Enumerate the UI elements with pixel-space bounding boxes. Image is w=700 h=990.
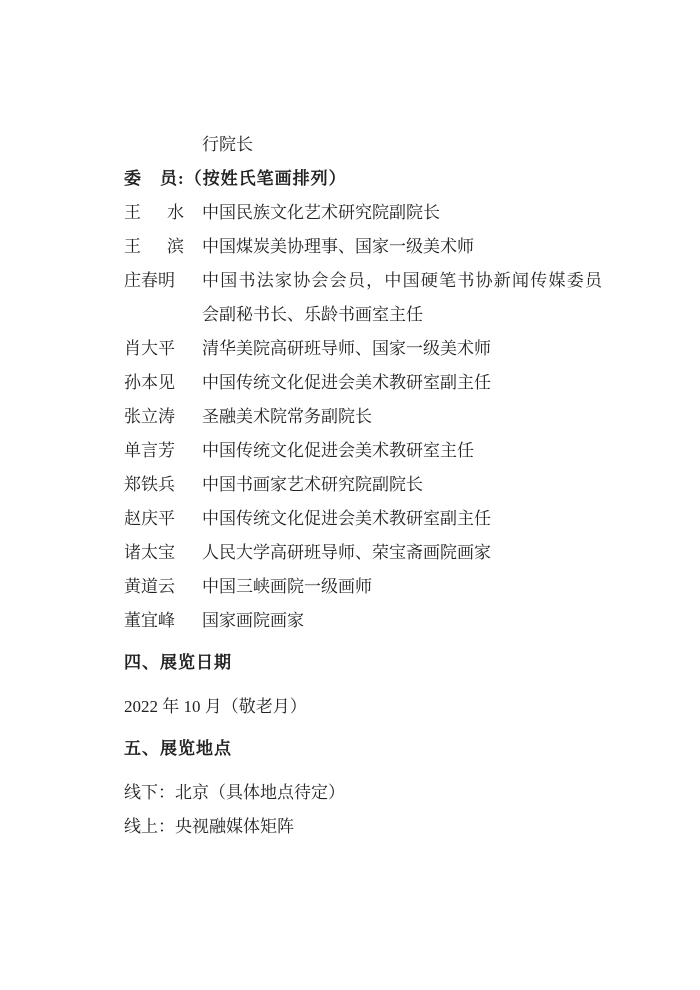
member-title: 中国传统文化促进会美术教研室副主任 <box>202 502 602 536</box>
member-row: 王 滨 中国煤炭美协理事、国家一级美术师 <box>124 230 602 264</box>
section-heading-date: 四、展览日期 <box>124 646 602 680</box>
member-name: 诸太宝 <box>124 536 202 570</box>
member-title-line-2: 会副秘书长、乐龄书画室主任 <box>202 298 602 332</box>
member-name: 郑铁兵 <box>124 468 202 502</box>
member-name: 庄春明 <box>124 264 202 298</box>
document-page: 行院长 委 员:（按姓氏笔画排列） 王 水 中国民族文化艺术研究院副院长 王 滨… <box>0 0 700 990</box>
member-title: 中国书画家艺术研究院副院长 <box>202 468 602 502</box>
member-title: 中国书法家协会会员，中国硬笔书协新闻传媒委员 会副秘书长、乐龄书画室主任 <box>202 264 602 332</box>
section-date-body: 2022 年 10 月（敬老月） <box>124 690 602 724</box>
member-title: 中国三峡画院一级画师 <box>202 570 602 604</box>
member-row: 庄春明 中国书法家协会会员，中国硬笔书协新闻传媒委员 会副秘书长、乐龄书画室主任 <box>124 264 602 332</box>
member-title: 中国民族文化艺术研究院副院长 <box>202 196 602 230</box>
continuation-text: 行院长 <box>202 128 602 162</box>
member-name: 王 滨 <box>124 230 202 264</box>
member-name: 黄道云 <box>124 570 202 604</box>
member-row: 赵庆平 中国传统文化促进会美术教研室副主任 <box>124 502 602 536</box>
member-name: 董宜峰 <box>124 604 202 638</box>
location-online: 线上：央视融媒体矩阵 <box>124 810 602 844</box>
member-title: 人民大学高研班导师、荣宝斋画院画家 <box>202 536 602 570</box>
continuation-row: 行院长 <box>124 128 602 162</box>
member-row: 单言芳 中国传统文化促进会美术教研室主任 <box>124 434 602 468</box>
member-name: 肖大平 <box>124 332 202 366</box>
member-title: 中国传统文化促进会美术教研室副主任 <box>202 366 602 400</box>
member-title: 国家画院画家 <box>202 604 602 638</box>
member-name: 王 水 <box>124 196 202 230</box>
member-name: 赵庆平 <box>124 502 202 536</box>
member-name: 单言芳 <box>124 434 202 468</box>
committee-label: 委 员:（按姓氏笔画排列） <box>124 162 602 196</box>
location-offline: 线下：北京（具体地点待定） <box>124 776 602 810</box>
member-title: 中国煤炭美协理事、国家一级美术师 <box>202 230 602 264</box>
member-row: 郑铁兵 中国书画家艺术研究院副院长 <box>124 468 602 502</box>
member-name: 张立涛 <box>124 400 202 434</box>
member-name: 孙本见 <box>124 366 202 400</box>
member-title: 清华美院高研班导师、国家一级美术师 <box>202 332 602 366</box>
member-row: 肖大平 清华美院高研班导师、国家一级美术师 <box>124 332 602 366</box>
member-title: 中国传统文化促进会美术教研室主任 <box>202 434 602 468</box>
section-heading-location: 五、展览地点 <box>124 732 602 766</box>
member-title: 圣融美术院常务副院长 <box>202 400 602 434</box>
member-row: 张立涛 圣融美术院常务副院长 <box>124 400 602 434</box>
member-row: 诸太宝 人民大学高研班导师、荣宝斋画院画家 <box>124 536 602 570</box>
member-row: 孙本见 中国传统文化促进会美术教研室副主任 <box>124 366 602 400</box>
member-row: 董宜峰 国家画院画家 <box>124 604 602 638</box>
member-title-line-1: 中国书法家协会会员，中国硬笔书协新闻传媒委员 <box>202 264 602 298</box>
member-row: 黄道云 中国三峡画院一级画师 <box>124 570 602 604</box>
member-row: 王 水 中国民族文化艺术研究院副院长 <box>124 196 602 230</box>
